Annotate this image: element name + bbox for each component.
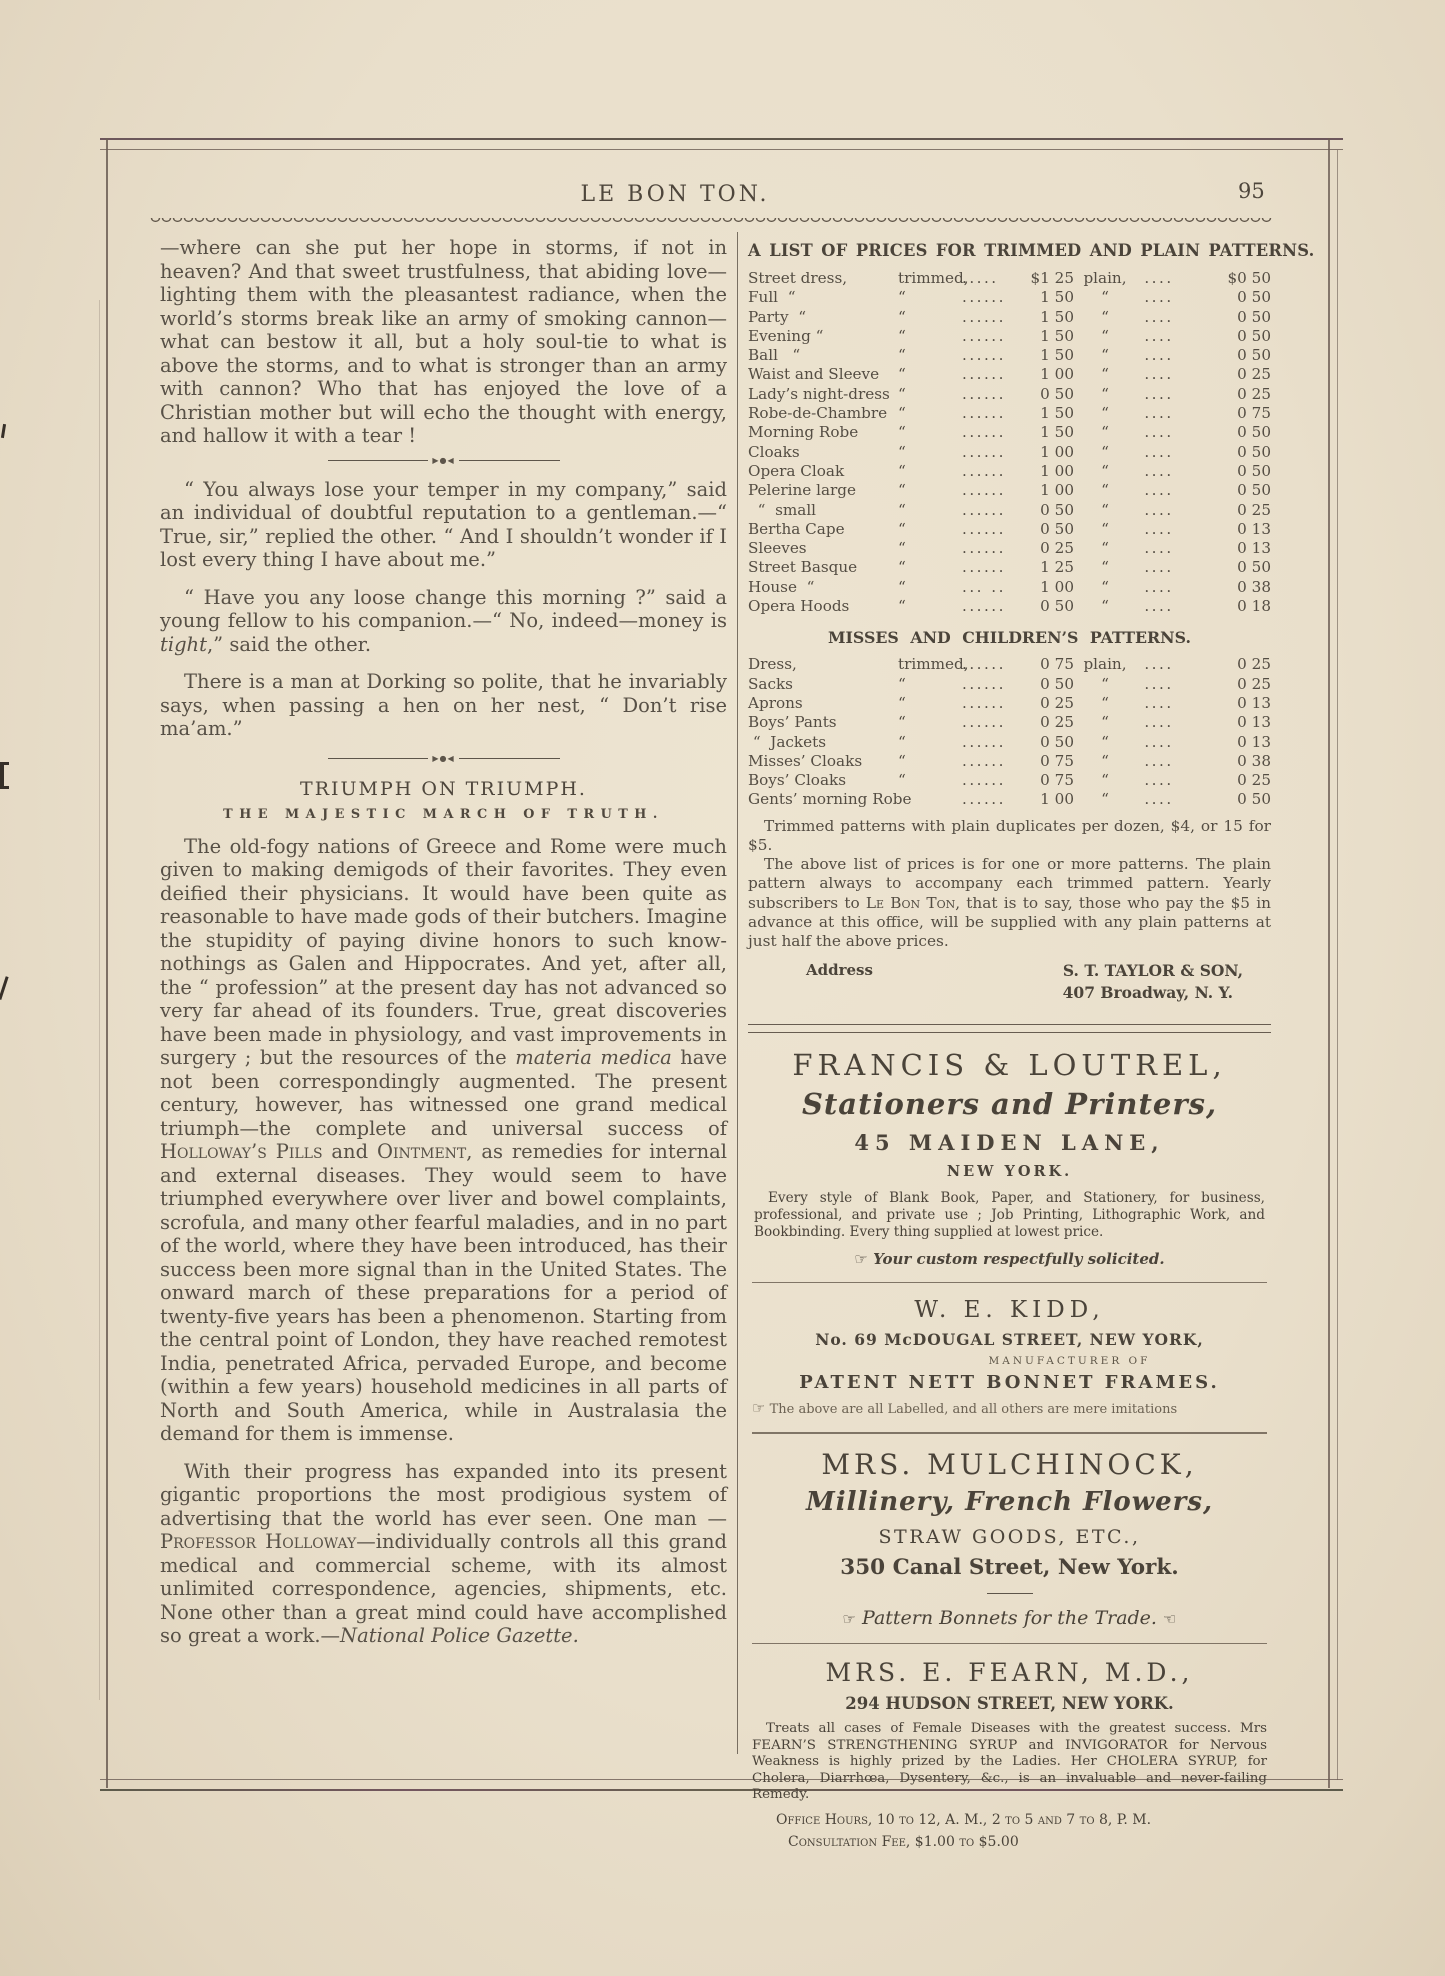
price-row: Opera Hoods“......0 50“....0 18: [748, 597, 1271, 616]
price-row: Pelerine large“......1 00“....0 50: [748, 481, 1271, 500]
price-cell-tp: 0 50: [1020, 733, 1074, 752]
price-cell-tp: $1 25: [1020, 269, 1074, 288]
price-row: Full ““......1 50“....0 50: [748, 288, 1271, 307]
price-cell-pp: 0 25: [1182, 675, 1271, 694]
price-cell-tp: 1 50: [1020, 288, 1074, 307]
price-table-misses: Dress,trimmed,......0 75plain,....0 25Sa…: [748, 655, 1271, 809]
price-cell-t: “: [898, 597, 962, 616]
price-cell-item: Boys’ Cloaks: [748, 771, 898, 790]
price-cell-p: “: [1074, 733, 1136, 752]
price-cell-dots2: ....: [1136, 288, 1182, 307]
advertiser-name: FRANCIS & LOUTREL,: [748, 1048, 1271, 1082]
price-row: Street Basque“......1 25“....0 50: [748, 558, 1271, 577]
scan-artifact: [0, 762, 9, 765]
price-cell-item: Sacks: [748, 675, 898, 694]
price-cell-t: “: [898, 308, 962, 327]
price-cell-pp: 0 50: [1182, 423, 1271, 442]
scan-artifact: [1, 424, 6, 438]
price-cell-dots2: ....: [1136, 752, 1182, 771]
paragraph-loose-change-joke: “ Have you any loose change this morning…: [160, 586, 727, 657]
price-row: Dress,trimmed,......0 75plain,....0 25: [748, 655, 1271, 674]
price-cell-item: Party “: [748, 308, 898, 327]
price-cell-item: Lady’s night-dress: [748, 385, 898, 404]
price-cell-p: “: [1074, 404, 1136, 423]
advert-rule: [752, 1643, 1267, 1644]
price-cell-p: “: [1074, 346, 1136, 365]
price-cell-pp: 0 13: [1182, 713, 1271, 732]
price-cell-pp: 0 38: [1182, 578, 1271, 597]
pointing-hand-icon: ☞: [843, 1610, 856, 1628]
price-row: Boys’ Pants“......0 25“....0 13: [748, 713, 1271, 732]
price-cell-tp: 1 00: [1020, 578, 1074, 597]
price-cell-dots: ......: [962, 539, 1020, 558]
ornament-line: [459, 460, 560, 461]
price-cell-pp: 0 50: [1182, 327, 1271, 346]
price-cell-dots: ......: [962, 501, 1020, 520]
price-cell-pp: 0 75: [1182, 404, 1271, 423]
price-cell-pp: 0 25: [1182, 365, 1271, 384]
frame-rule-left: [106, 138, 108, 1788]
paragraph-holloway-article: The old-fogy nations of Greece and Rome …: [160, 835, 727, 1446]
price-cell-tp: 0 50: [1020, 520, 1074, 539]
misses-table-title: MISSES AND CHILDREN’S PATTERNS.: [748, 628, 1271, 647]
price-cell-dots2: ....: [1136, 423, 1182, 442]
price-cell-pp: 0 25: [1182, 655, 1271, 674]
price-cell-dots: ......: [962, 520, 1020, 539]
price-cell-pp: 0 50: [1182, 790, 1271, 809]
price-cell-t: “: [898, 558, 962, 577]
price-cell-tp: 1 00: [1020, 462, 1074, 481]
price-cell-dots2: ....: [1136, 443, 1182, 462]
consultation-fee: Consultation Fee, $1.00 to $5.00: [748, 1834, 1271, 1850]
price-cell-dots: ......: [962, 558, 1020, 577]
column-divider-rule: [737, 232, 738, 1754]
price-cell-p: “: [1074, 771, 1136, 790]
price-cell-t: “: [898, 327, 962, 346]
paragraph-temper-joke: “ You always lose your temper in my comp…: [160, 478, 727, 572]
price-cell-p: “: [1074, 539, 1136, 558]
price-cell-dots2: ....: [1136, 327, 1182, 346]
price-cell-p: “: [1074, 597, 1136, 616]
price-row: Misses’ Cloaks“......0 75“....0 38: [748, 752, 1271, 771]
scanned-page: LE BON TON. 95 —where can she put her ho…: [0, 0, 1445, 1976]
price-cell-item: “ small: [748, 501, 898, 520]
price-cell-p: “: [1074, 694, 1136, 713]
price-cell-p: “: [1074, 443, 1136, 462]
price-cell-pp: 0 50: [1182, 308, 1271, 327]
note-dozen-price: Trimmed patterns with plain duplicates p…: [748, 817, 1271, 855]
price-cell-pp: 0 13: [1182, 520, 1271, 539]
advertiser-name: MRS. E. FEARN, M.D.,: [748, 1658, 1271, 1687]
price-cell-item: Opera Cloak: [748, 462, 898, 481]
price-cell-tp: 1 50: [1020, 327, 1074, 346]
price-cell-p: “: [1074, 558, 1136, 577]
price-cell-dots2: ....: [1136, 365, 1182, 384]
price-cell-item: Street dress,: [748, 269, 898, 288]
address-street: 407 Broadway, N. Y.: [748, 983, 1271, 1002]
price-cell-p: “: [1074, 308, 1136, 327]
price-cell-dots2: ....: [1136, 694, 1182, 713]
price-row: Ball ““......1 50“....0 50: [748, 346, 1271, 365]
price-row: Aprons“......0 25“....0 13: [748, 694, 1271, 713]
price-cell-dots2: ....: [1136, 597, 1182, 616]
price-cell-dots: ......: [962, 288, 1020, 307]
page-number: 95: [1238, 179, 1265, 203]
price-cell-tp: 0 75: [1020, 655, 1074, 674]
price-cell-pp: 0 50: [1182, 558, 1271, 577]
price-cell-item: Morning Robe: [748, 423, 898, 442]
paragraph-dorking-joke: There is a man at Dorking so polite, tha…: [160, 670, 727, 741]
price-row: Opera Cloak“......1 00“....0 50: [748, 462, 1271, 481]
advert-double-rule: [748, 1024, 1271, 1033]
price-cell-dots: ......: [962, 790, 1020, 809]
price-cell-item: Aprons: [748, 694, 898, 713]
price-cell-pp: 0 50: [1182, 288, 1271, 307]
price-cell-pp: 0 38: [1182, 752, 1271, 771]
price-cell-dots2: ....: [1136, 558, 1182, 577]
advertiser-name: MRS. MULCHINOCK,: [748, 1448, 1271, 1481]
ad-we-kidd: W. E. KIDD, No. 69 McDOUGAL STREET, NEW …: [748, 1297, 1271, 1418]
price-cell-item: Bertha Cape: [748, 520, 898, 539]
price-cell-item: Dress,: [748, 655, 898, 674]
price-cell-dots: ......: [962, 308, 1020, 327]
price-cell-item: Sleeves: [748, 539, 898, 558]
price-cell-t: “: [898, 365, 962, 384]
price-cell-dots: ... ..: [962, 578, 1020, 597]
price-cell-dots2: ....: [1136, 771, 1182, 790]
price-cell-dots: ......: [962, 443, 1020, 462]
ornament-dot-icon: ▶●◀: [432, 755, 454, 763]
price-cell-t: “: [898, 443, 962, 462]
ornament-line: [459, 758, 560, 759]
price-cell-pp: 0 50: [1182, 443, 1271, 462]
frame-rule-right-outer: [1337, 150, 1338, 1780]
price-cell-dots: ......: [962, 752, 1020, 771]
advertiser-street: 350 Canal Street, New York.: [748, 1555, 1271, 1580]
price-row: Lady’s night-dress“......0 50“....0 25: [748, 385, 1271, 404]
ornament-line: [328, 758, 429, 759]
article-subheading: THE MAJESTIC MARCH OF TRUTH.: [160, 807, 727, 822]
price-cell-dots: ......: [962, 423, 1020, 442]
price-cell-dots2: ....: [1136, 404, 1182, 423]
price-row: Sleeves“......0 25“....0 13: [748, 539, 1271, 558]
ad-francis-loutrel: FRANCIS & LOUTREL, Stationers and Printe…: [748, 1048, 1271, 1268]
price-cell-dots: .....: [962, 269, 1020, 288]
price-cell-t: “: [898, 771, 962, 790]
price-cell-dots: ......: [962, 597, 1020, 616]
price-cell-pp: 0 13: [1182, 733, 1271, 752]
price-cell-dots2: ....: [1136, 520, 1182, 539]
price-cell-tp: 0 75: [1020, 752, 1074, 771]
price-cell-dots2: ....: [1136, 539, 1182, 558]
price-cell-tp: 0 25: [1020, 539, 1074, 558]
price-cell-t: “: [898, 578, 962, 597]
advertiser-role: MANUFACTURER OF: [748, 1355, 1271, 1367]
price-cell-t: “: [898, 462, 962, 481]
price-cell-p: “: [1074, 481, 1136, 500]
advertiser-street: No. 69 McDOUGAL STREET, NEW YORK,: [748, 1330, 1271, 1349]
price-row: Evening ““......1 50“....0 50: [748, 327, 1271, 346]
address-name: S. T. TAYLOR & SON,: [1063, 961, 1243, 980]
price-cell-pp: 0 13: [1182, 694, 1271, 713]
ad-slogan-text: Your custom respectfully solicited.: [873, 1250, 1165, 1268]
price-cell-tp: 1 25: [1020, 558, 1074, 577]
pointing-hand-left-icon: ☜: [1163, 1610, 1176, 1628]
advertiser-tagline: Stationers and Printers,: [748, 1087, 1271, 1121]
price-cell-dots2: ....: [1136, 733, 1182, 752]
price-cell-dots2: ....: [1136, 713, 1182, 732]
header-wavy-rule: [150, 218, 1272, 225]
price-cell-tp: 1 00: [1020, 365, 1074, 384]
price-cell-pp: 0 25: [1182, 501, 1271, 520]
advertiser-goods: STRAW GOODS, ETC.,: [748, 1526, 1271, 1548]
price-cell-t: “: [898, 404, 962, 423]
advertiser-tagline: Millinery, French Flowers,: [748, 1487, 1271, 1517]
price-cell-t: trimmed,: [898, 655, 962, 674]
price-cell-t: “: [898, 288, 962, 307]
advertiser-street: 294 HUDSON STREET, NEW YORK.: [748, 1694, 1271, 1713]
price-cell-tp: 1 50: [1020, 404, 1074, 423]
price-cell-tp: 1 50: [1020, 308, 1074, 327]
pointing-hand-icon: ☞: [752, 1399, 765, 1417]
right-column: A LIST OF PRICES FOR TRIMMED AND PLAIN P…: [748, 241, 1271, 1850]
price-row: Street dress,trimmed,.....$1 25plain,...…: [748, 269, 1271, 288]
price-cell-t: “: [898, 539, 962, 558]
section-divider-ornament: ▶●◀: [328, 457, 560, 465]
price-cell-dots2: ....: [1136, 578, 1182, 597]
price-cell-t: “: [898, 423, 962, 442]
price-row: Waist and Sleeve“......1 00“....0 25: [748, 365, 1271, 384]
price-cell-dots2: ....: [1136, 481, 1182, 500]
price-cell-dots2: ....: [1136, 462, 1182, 481]
price-cell-p: plain,: [1074, 269, 1136, 288]
price-cell-tp: 0 25: [1020, 694, 1074, 713]
price-cell-p: “: [1074, 501, 1136, 520]
address-label: Address: [806, 961, 873, 980]
price-cell-p: plain,: [1074, 655, 1136, 674]
price-cell-dots: ......: [962, 365, 1020, 384]
price-cell-dots2: ....: [1136, 269, 1182, 288]
price-cell-dots: ......: [962, 713, 1020, 732]
ad-body-text: Every style of Blank Book, Paper, and St…: [754, 1190, 1265, 1241]
price-cell-item: “ Jackets: [748, 733, 898, 752]
price-cell-dots: ......: [962, 404, 1020, 423]
advertiser-street: 45 MAIDEN LANE,: [748, 1130, 1271, 1155]
price-cell-t: “: [898, 675, 962, 694]
ad-slogan: ☞ Pattern Bonnets for the Trade. ☜: [748, 1607, 1271, 1629]
ornament-line: [328, 460, 429, 461]
price-cell-p: “: [1074, 365, 1136, 384]
price-row: “ Jackets“......0 50“....0 13: [748, 733, 1271, 752]
price-cell-t: “: [898, 481, 962, 500]
left-column: —where can she put her hope in storms, i…: [160, 236, 727, 1662]
price-row: “ small“......0 50“....0 25: [748, 501, 1271, 520]
price-cell-t: “: [898, 520, 962, 539]
office-hours: Office Hours, 10 to 12, A. M., 2 to 5 an…: [748, 1812, 1271, 1828]
advert-rule: [752, 1282, 1267, 1283]
price-cell-pp: 0 50: [1182, 346, 1271, 365]
price-cell-t: “: [898, 733, 962, 752]
price-cell-item: Waist and Sleeve: [748, 365, 898, 384]
price-cell-t: “: [898, 713, 962, 732]
price-cell-dots: ......: [962, 694, 1020, 713]
ornament-dot-icon: ▶●◀: [432, 457, 454, 465]
price-cell-p: “: [1074, 423, 1136, 442]
advertiser-city: NEW YORK.: [748, 1163, 1271, 1180]
price-row: Sacks“......0 50“....0 25: [748, 675, 1271, 694]
price-cell-item: Full “: [748, 288, 898, 307]
price-cell-tp: 0 50: [1020, 501, 1074, 520]
price-cell-p: “: [1074, 752, 1136, 771]
price-cell-t: “: [898, 346, 962, 365]
ad-body-text: Treats all cases of Female Diseases with…: [752, 1721, 1267, 1804]
price-row: Boys’ Cloaks“......0 75“....0 25: [748, 771, 1271, 790]
price-cell-t: trimmed,: [898, 269, 962, 288]
price-cell-p: “: [1074, 385, 1136, 404]
price-cell-dots2: ....: [1136, 385, 1182, 404]
frame-rule-top-inner: [100, 149, 1343, 150]
price-cell-dots2: ....: [1136, 501, 1182, 520]
price-row: House ““... ..1 00“....0 38: [748, 578, 1271, 597]
price-cell-item: Street Basque: [748, 558, 898, 577]
ad-note-text: The above are all Labelled, and all othe…: [770, 1402, 1178, 1417]
price-cell-dots: ......: [962, 675, 1020, 694]
price-cell-p: “: [1074, 462, 1136, 481]
frame-rule-right: [1328, 138, 1330, 1788]
price-row: Morning Robe“......1 50“....0 50: [748, 423, 1271, 442]
price-cell-tp: 0 25: [1020, 713, 1074, 732]
pointing-hand-icon: ☞: [854, 1250, 867, 1268]
frame-rule-left-outer: [99, 300, 100, 1700]
price-cell-pp: 0 25: [1182, 771, 1271, 790]
price-cell-dots: ......: [962, 771, 1020, 790]
price-cell-tp: 1 00: [1020, 443, 1074, 462]
price-cell-p: “: [1074, 327, 1136, 346]
price-cell-item: Pelerine large: [748, 481, 898, 500]
ad-mrs-fearn: MRS. E. FEARN, M.D., 294 HUDSON STREET, …: [748, 1658, 1271, 1850]
price-cell-p: “: [1074, 713, 1136, 732]
price-cell-dots: ......: [962, 346, 1020, 365]
address-row: Address S. T. TAYLOR & SON,: [748, 961, 1271, 980]
price-cell-dots2: ....: [1136, 655, 1182, 674]
price-cell-dots: ......: [962, 481, 1020, 500]
price-cell-dots: ......: [962, 327, 1020, 346]
price-cell-dots2: ....: [1136, 346, 1182, 365]
price-cell-pp: $0 50: [1182, 269, 1271, 288]
short-dash-rule: [987, 1593, 1033, 1595]
price-cell-t: “: [898, 694, 962, 713]
price-cell-item: Cloaks: [748, 443, 898, 462]
price-cell-tp: 1 00: [1020, 790, 1074, 809]
advertiser-name: W. E. KIDD,: [748, 1297, 1271, 1323]
price-cell-tp: 0 50: [1020, 597, 1074, 616]
price-cell-item: Misses’ Cloaks: [748, 752, 898, 771]
price-cell-item: Boys’ Pants: [748, 713, 898, 732]
price-cell-dots2: ....: [1136, 308, 1182, 327]
price-cell-t: “: [898, 501, 962, 520]
note-subscribers: The above list of prices is for one or m…: [748, 855, 1271, 951]
price-cell-dots2: ....: [1136, 675, 1182, 694]
price-cell-item: Robe-de-Chambre: [748, 404, 898, 423]
price-cell-t: [898, 790, 962, 809]
price-cell-tp: 1 50: [1020, 346, 1074, 365]
price-row: Robe-de-Chambre“......1 50“....0 75: [748, 404, 1271, 423]
price-cell-dots: ......: [962, 733, 1020, 752]
scan-artifact: [0, 762, 4, 788]
price-row: Bertha Cape“......0 50“....0 13: [748, 520, 1271, 539]
advert-rule: [752, 1432, 1267, 1433]
paragraph-storms: —where can she put her hope in storms, i…: [160, 236, 727, 448]
section-divider-ornament: ▶●◀: [328, 755, 560, 763]
article-heading: TRIUMPH ON TRIUMPH.: [160, 778, 727, 800]
price-cell-dots: ......: [962, 655, 1020, 674]
price-cell-tp: 0 50: [1020, 385, 1074, 404]
price-cell-pp: 0 13: [1182, 539, 1271, 558]
price-cell-tp: 1 50: [1020, 423, 1074, 442]
price-cell-item: Ball “: [748, 346, 898, 365]
price-cell-item: House “: [748, 578, 898, 597]
price-row: Cloaks“......1 00“....0 50: [748, 443, 1271, 462]
ad-slogan-text: Pattern Bonnets for the Trade.: [862, 1607, 1157, 1629]
price-row: Party ““......1 50“....0 50: [748, 308, 1271, 327]
price-cell-pp: 0 50: [1182, 462, 1271, 481]
price-cell-tp: 1 00: [1020, 481, 1074, 500]
paragraph-holloway-conclusion: With their progress has expanded into it…: [160, 1460, 727, 1648]
price-cell-pp: 0 18: [1182, 597, 1271, 616]
price-list-title: A LIST OF PRICES FOR TRIMMED AND PLAIN P…: [748, 241, 1271, 260]
price-cell-dots: ......: [962, 385, 1020, 404]
price-cell-pp: 0 50: [1182, 481, 1271, 500]
price-table-adult: Street dress,trimmed,.....$1 25plain,...…: [748, 269, 1271, 616]
price-cell-p: “: [1074, 790, 1136, 809]
price-cell-tp: 0 50: [1020, 675, 1074, 694]
ad-note: ☞ The above are all Labelled, and all ot…: [752, 1400, 1267, 1418]
price-cell-item: Evening “: [748, 327, 898, 346]
price-cell-p: “: [1074, 675, 1136, 694]
ad-slogan: ☞ Your custom respectfully solicited.: [748, 1250, 1271, 1268]
price-cell-dots: ......: [962, 462, 1020, 481]
price-cell-tp: 0 75: [1020, 771, 1074, 790]
price-cell-p: “: [1074, 520, 1136, 539]
price-cell-item: Opera Hoods: [748, 597, 898, 616]
price-cell-dots2: ....: [1136, 790, 1182, 809]
advertiser-product: PATENT NETT BONNET FRAMES.: [748, 1372, 1271, 1393]
scan-artifact: [0, 976, 8, 1000]
price-row: Gents’ morning Robe......1 00“....0 50: [748, 790, 1271, 809]
price-cell-pp: 0 25: [1182, 385, 1271, 404]
price-cell-t: “: [898, 752, 962, 771]
price-cell-p: “: [1074, 578, 1136, 597]
price-cell-p: “: [1074, 288, 1136, 307]
ad-mrs-mulchinock: MRS. MULCHINOCK, Millinery, French Flowe…: [748, 1448, 1271, 1630]
scan-artifact: [0, 786, 9, 789]
price-cell-t: “: [898, 385, 962, 404]
frame-rule-top: [100, 138, 1343, 140]
page-title: LE BON TON.: [105, 182, 1245, 207]
price-cell-item: Gents’ morning Robe: [748, 790, 898, 809]
